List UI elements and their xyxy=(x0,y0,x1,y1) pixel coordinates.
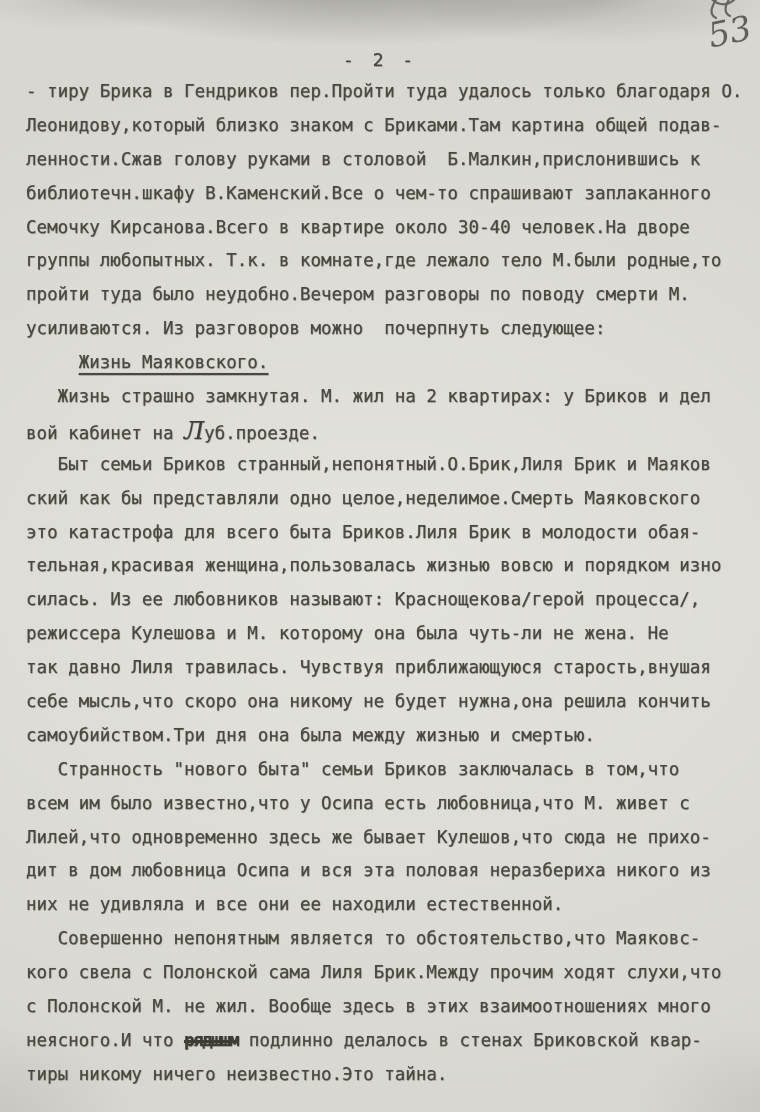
text-line: так давно Лиля травилась. Чувствуя прибл… xyxy=(26,652,752,686)
scanned-document-page: 53 - 2 - - тиру Брика в Гендриков пер.Пр… xyxy=(0,0,760,1112)
text-line: Жизнь Маяковского. xyxy=(26,347,752,381)
text-line: с Полонской М. не жил. Вообще здесь в эт… xyxy=(26,991,752,1025)
text-line: ленности.Сжав голову руками в столовой Б… xyxy=(26,144,752,178)
text-line: всем им было известно,что у Осипа есть л… xyxy=(26,788,752,822)
text-line: тельная,красивая женщина,пользовалась жи… xyxy=(26,550,752,584)
text-line: Странность "нового быта" семьи Бриков за… xyxy=(26,754,752,788)
text-line: режиссера Кулешова и М. которому она был… xyxy=(26,618,752,652)
text-line: самоубийством.Три дня она была между жиз… xyxy=(26,720,752,754)
text-line: пройти туда было неудобно.Вечером разгов… xyxy=(26,279,752,313)
text-line: Семочку Кирсанова.Всего в квартире около… xyxy=(26,212,752,246)
text-line: Леонидову,который близко знаком с Брикам… xyxy=(26,110,752,144)
text-line: себе мысль,что скоро она никому не будет… xyxy=(26,686,752,720)
text-line: дит в дом любовница Осипа и вся эта поло… xyxy=(26,855,752,889)
text-line: это катастрофа для всего быта Бриков.Лил… xyxy=(26,517,752,551)
text-line: неясного.И что рядшшм подлинно делалось … xyxy=(26,1025,752,1059)
page-number: - 2 - xyxy=(0,50,760,71)
text-line: вой кабинет на Луб.проезде. xyxy=(26,415,752,449)
text-line: Жизнь страшно замкнутая. М. жил на 2 ква… xyxy=(26,381,752,415)
text-line: силась. Из ее любовников называют: Красн… xyxy=(26,584,752,618)
text-line: них не удивляла и все они ее находили ес… xyxy=(26,889,752,923)
text-line: Совершенно непонятным является то обстоя… xyxy=(26,923,752,957)
text-line: - тиру Брика в Гендриков пер.Пройти туда… xyxy=(26,76,752,110)
text-line: группы любопытных. Т.к. в комнате,где ле… xyxy=(26,245,752,279)
text-line: усиливаются. Из разговоров можно почерпн… xyxy=(26,313,752,347)
text-line: Быт семьи Бриков странный,непонятный.О.Б… xyxy=(26,449,752,483)
text-line: библиотечн.шкафу В.Каменский.Все о чем-т… xyxy=(26,178,752,212)
text-line: ский как бы представляли одно целое,неде… xyxy=(26,483,752,517)
text-line: кого свела с Полонской сама Лиля Брик.Ме… xyxy=(26,957,752,991)
text-line: Лилей,что одновременно здесь же бывает К… xyxy=(26,822,752,856)
text-line: тиры никому ничего неизвестно.Это тайна. xyxy=(26,1059,752,1093)
document-lines: - тиру Брика в Гендриков пер.Пройти туда… xyxy=(26,76,752,1093)
